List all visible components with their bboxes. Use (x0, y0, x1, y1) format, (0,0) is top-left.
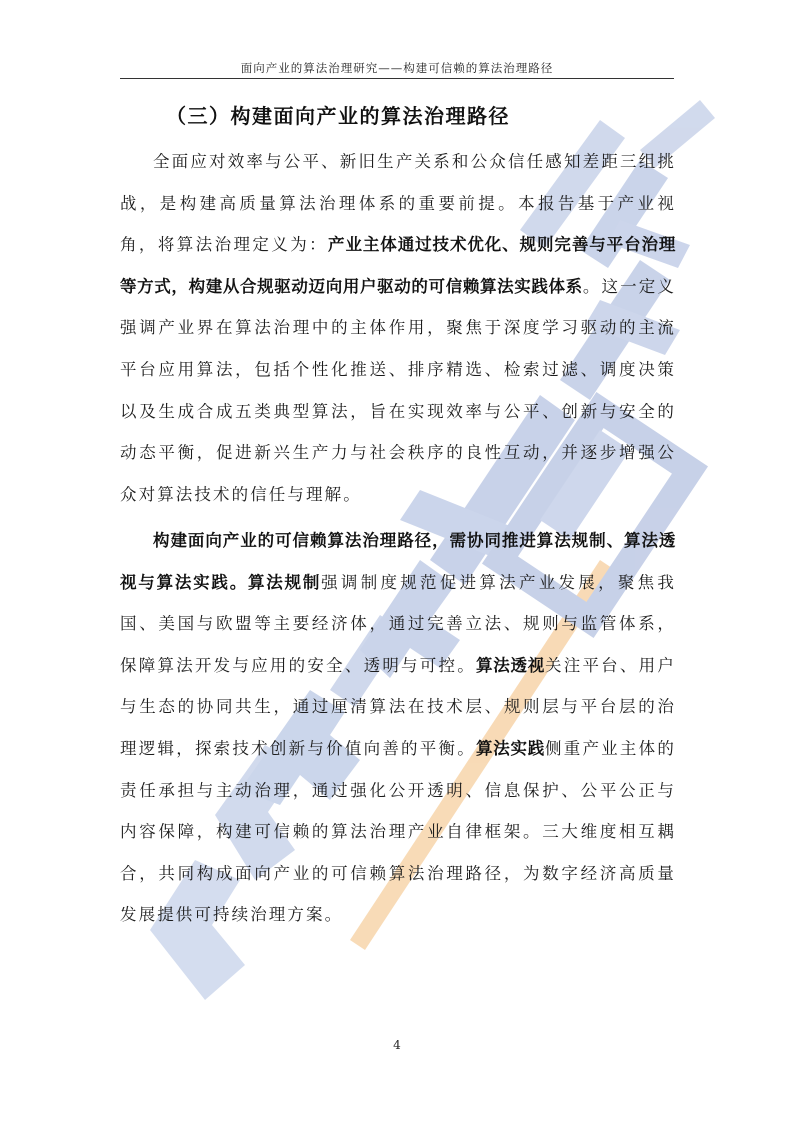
para2-text-practice: 侧重产业主体的责任承担与主动治理，通过强化公开透明、信息保护、公平公正与内容保障… (120, 739, 676, 924)
header-divider (120, 78, 674, 79)
term-algorithm-regulation: 算法规制 (248, 573, 321, 592)
paragraph-1: 全面应对效率与公平、新旧生产关系和公众信任感知差距三组挑战，是构建高质量算法治理… (120, 141, 676, 515)
paragraph-2: 构建面向产业的可信赖算法治理路径，需协同推进算法规制、算法透视与算法实践。算法规… (120, 520, 676, 936)
para1-text-cont: 。这一定义强调产业界在算法治理中的主体作用，聚焦于深度学习驱动的主流平台应用算法… (120, 277, 676, 504)
section-heading: （三）构建面向产业的算法治理路径 (166, 101, 510, 131)
term-algorithm-perspective: 算法透视 (476, 656, 545, 675)
term-algorithm-practice: 算法实践 (476, 739, 545, 758)
page-number: 4 (0, 1038, 794, 1052)
running-header: 面向产业的算法治理研究——构建可信赖的算法治理路径 (120, 58, 674, 78)
